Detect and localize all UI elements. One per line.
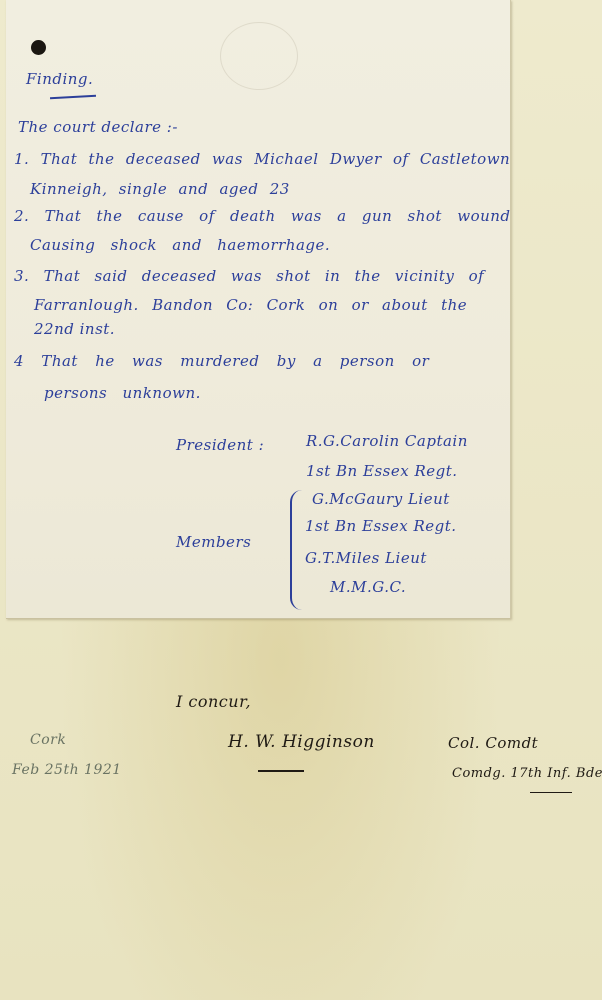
punch-hole xyxy=(31,40,46,55)
member-1-signature: G.McGaury Lieut xyxy=(312,490,450,508)
member-1-unit: 1st Bn Essex Regt. xyxy=(305,517,457,535)
endorsement-command: Comdg. 17th Inf. Bde xyxy=(452,766,602,781)
president-label: President : xyxy=(176,436,264,454)
endorsement-signature: H. W. Higginson xyxy=(228,732,375,752)
finding-4-line-1: 4 That he was murdered by a person or xyxy=(14,352,429,370)
finding-3-line-3: 22nd inst. xyxy=(34,320,115,338)
finding-2-line-1: 2. That the cause of death was a gun sho… xyxy=(14,207,511,225)
finding-1-line-2: Kinneigh, single and aged 23 xyxy=(30,180,290,198)
member-2-unit: M.M.G.C. xyxy=(330,578,406,596)
members-label: Members xyxy=(176,533,251,551)
command-underline xyxy=(530,792,572,793)
embossed-stamp xyxy=(220,22,298,90)
intro-line: The court declare :- xyxy=(18,118,178,136)
concur-line: I concur, xyxy=(176,692,251,711)
date-text: Feb 25th 1921 xyxy=(12,762,122,778)
finding-4-line-2: persons unknown. xyxy=(44,384,201,402)
finding-3-line-1: 3. That said deceased was shot in the vi… xyxy=(14,267,484,285)
members-brace xyxy=(290,490,306,610)
document-title: Finding. xyxy=(26,70,93,88)
place-text: Cork xyxy=(30,732,66,748)
endorsement-title: Col. Comdt xyxy=(448,734,538,752)
finding-2-line-2: Causing shock and haemorrhage. xyxy=(30,236,330,254)
signature-underline xyxy=(258,770,304,772)
member-2-signature: G.T.Miles Lieut xyxy=(305,549,427,567)
president-unit: 1st Bn Essex Regt. xyxy=(306,462,458,480)
finding-3-line-2: Farranlough. Bandon Co: Cork on or about… xyxy=(34,296,467,314)
finding-1-line-1: 1. That the deceased was Michael Dwyer o… xyxy=(14,150,510,168)
president-signature: R.G.Carolin Captain xyxy=(306,432,468,450)
